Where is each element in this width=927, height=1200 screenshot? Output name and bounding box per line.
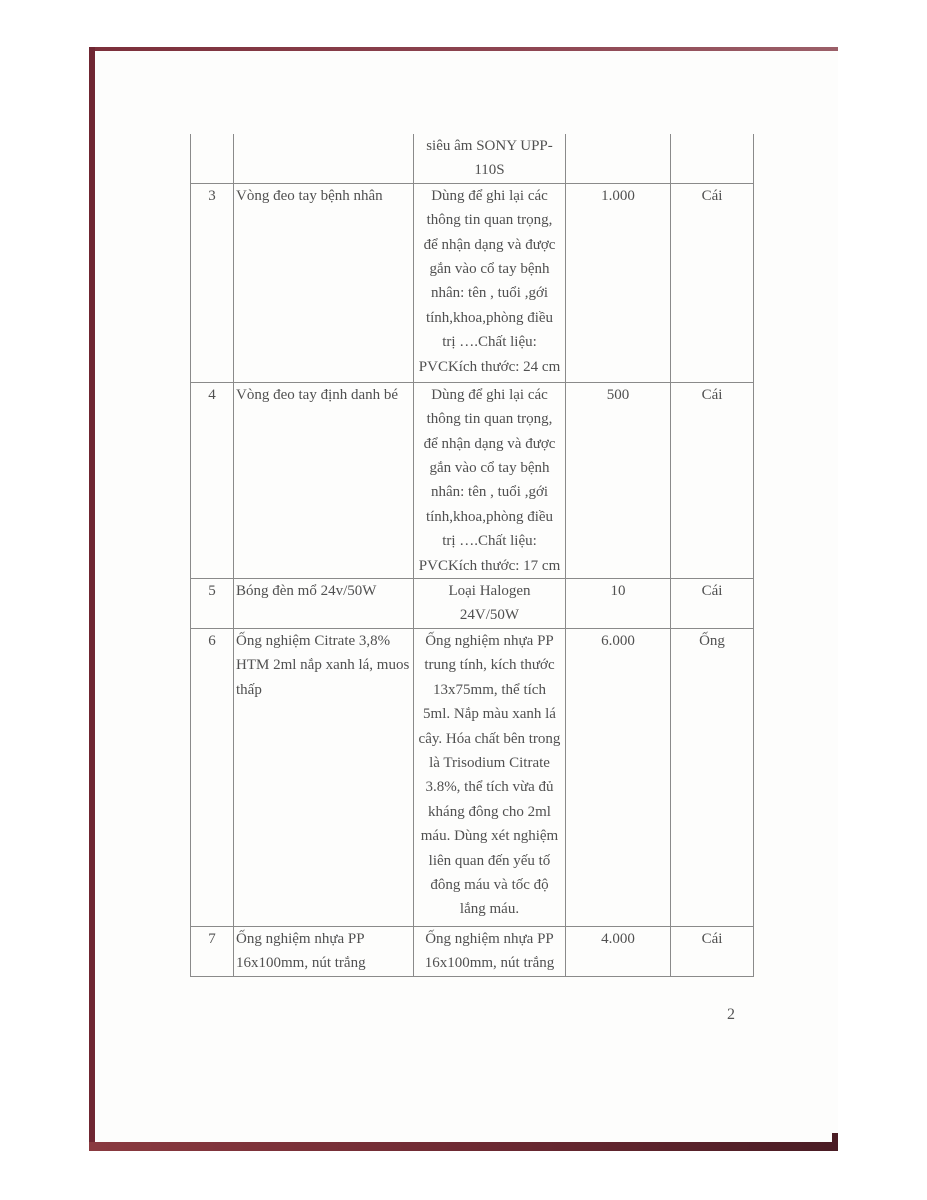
cell-quantity: 10 bbox=[566, 579, 671, 629]
description-line: 3.8%, thể tích vừa đủ bbox=[416, 775, 563, 799]
description-line: nhân: tên , tuổi ,gới bbox=[416, 281, 563, 305]
cell-unit bbox=[671, 134, 754, 183]
cell-item-number: 4 bbox=[191, 382, 234, 578]
description-line: trung tính, kích thước bbox=[416, 653, 563, 677]
table-row: 4Vòng đeo tay định danh béDùng để ghi lạ… bbox=[191, 382, 754, 578]
description-line: gắn vào cổ tay bệnh bbox=[416, 456, 563, 480]
description-line: liên quan đến yếu tố bbox=[416, 849, 563, 873]
description-line: PVCKích thước: 24 cm bbox=[416, 355, 563, 379]
cell-item-name: Vòng đeo tay định danh bé bbox=[234, 382, 414, 578]
description-line: trị ….Chất liệu: bbox=[416, 330, 563, 354]
description-line: kháng đông cho 2ml bbox=[416, 800, 563, 824]
description-line: siêu âm SONY UPP- bbox=[416, 134, 563, 158]
cell-item-name bbox=[234, 134, 414, 183]
description-line: nhân: tên , tuổi ,gới bbox=[416, 480, 563, 504]
page-number: 2 bbox=[727, 1006, 735, 1024]
cell-item-name: Vòng đeo tay bệnh nhân bbox=[234, 183, 414, 382]
cell-unit: Cái bbox=[671, 382, 754, 578]
cell-unit: Cái bbox=[671, 579, 754, 629]
cell-quantity: 4.000 bbox=[566, 926, 671, 976]
description-line: máu. Dùng xét nghiệm bbox=[416, 824, 563, 848]
description-line: đông máu và tốc độ bbox=[416, 873, 563, 897]
description-line: 5ml. Nắp màu xanh lá bbox=[416, 702, 563, 726]
cell-item-number bbox=[191, 134, 234, 183]
cell-unit: Ống bbox=[671, 628, 754, 926]
description-line: lắng máu. bbox=[416, 897, 563, 921]
description-line: để nhận dạng và được bbox=[416, 233, 563, 257]
cell-item-description: Ống nghiệm nhựa PP16x100mm, nút trắng bbox=[414, 926, 566, 976]
cell-item-description: Loại Halogen24V/50W bbox=[414, 579, 566, 629]
table-row: 5Bóng đèn mổ 24v/50WLoại Halogen24V/50W1… bbox=[191, 579, 754, 629]
cell-quantity: 6.000 bbox=[566, 628, 671, 926]
cell-item-name: Ống nghiệm nhựa PP 16x100mm, nút trắng bbox=[234, 926, 414, 976]
description-line: 13x75mm, thể tích bbox=[416, 678, 563, 702]
cell-unit: Cái bbox=[671, 926, 754, 976]
description-line: tính,khoa,phòng điều bbox=[416, 505, 563, 529]
table-row: 6Ống nghiệm Citrate 3,8% HTM 2ml nắp xan… bbox=[191, 628, 754, 926]
description-line: thông tin quan trọng, bbox=[416, 407, 563, 431]
cell-quantity bbox=[566, 134, 671, 183]
cell-item-description: Ống nghiệm nhựa PPtrung tính, kích thước… bbox=[414, 628, 566, 926]
cell-item-number: 6 bbox=[191, 628, 234, 926]
page-edge-top bbox=[89, 47, 838, 51]
description-line: cây. Hóa chất bên trong bbox=[416, 727, 563, 751]
cell-unit: Cái bbox=[671, 183, 754, 382]
description-line: PVCKích thước: 17 cm bbox=[416, 554, 563, 578]
description-line: 110S bbox=[416, 158, 563, 182]
description-line: 16x100mm, nút trắng bbox=[416, 951, 563, 975]
cell-item-name: Ống nghiệm Citrate 3,8% HTM 2ml nắp xanh… bbox=[234, 628, 414, 926]
description-line: để nhận dạng và được bbox=[416, 432, 563, 456]
description-line: Loại Halogen bbox=[416, 579, 563, 603]
description-line: tính,khoa,phòng điều bbox=[416, 306, 563, 330]
page-edge-corner bbox=[832, 1133, 838, 1151]
cell-item-description: Dùng để ghi lại cácthông tin quan trọng,… bbox=[414, 382, 566, 578]
cell-item-description: Dùng để ghi lại cácthông tin quan trọng,… bbox=[414, 183, 566, 382]
cell-item-number: 3 bbox=[191, 183, 234, 382]
items-table: siêu âm SONY UPP-110S3Vòng đeo tay bệnh … bbox=[190, 134, 754, 977]
description-line: Ống nghiệm nhựa PP bbox=[416, 927, 563, 951]
cell-item-description: siêu âm SONY UPP-110S bbox=[414, 134, 566, 183]
description-line: trị ….Chất liệu: bbox=[416, 529, 563, 553]
page-edge-bottom bbox=[89, 1142, 838, 1151]
description-line: gắn vào cổ tay bệnh bbox=[416, 257, 563, 281]
description-line: thông tin quan trọng, bbox=[416, 208, 563, 232]
cell-quantity: 500 bbox=[566, 382, 671, 578]
description-line: 24V/50W bbox=[416, 603, 563, 627]
cell-quantity: 1.000 bbox=[566, 183, 671, 382]
cell-item-name: Bóng đèn mổ 24v/50W bbox=[234, 579, 414, 629]
description-line: Dùng để ghi lại các bbox=[416, 383, 563, 407]
cell-item-number: 5 bbox=[191, 579, 234, 629]
table-row: siêu âm SONY UPP-110S bbox=[191, 134, 754, 183]
table-row: 7Ống nghiệm nhựa PP 16x100mm, nút trắngỐ… bbox=[191, 926, 754, 976]
description-line: Dùng để ghi lại các bbox=[416, 184, 563, 208]
table-row: 3Vòng đeo tay bệnh nhânDùng để ghi lại c… bbox=[191, 183, 754, 382]
page-edge-left bbox=[89, 47, 95, 1151]
description-line: Ống nghiệm nhựa PP bbox=[416, 629, 563, 653]
cell-item-number: 7 bbox=[191, 926, 234, 976]
description-line: là Trisodium Citrate bbox=[416, 751, 563, 775]
